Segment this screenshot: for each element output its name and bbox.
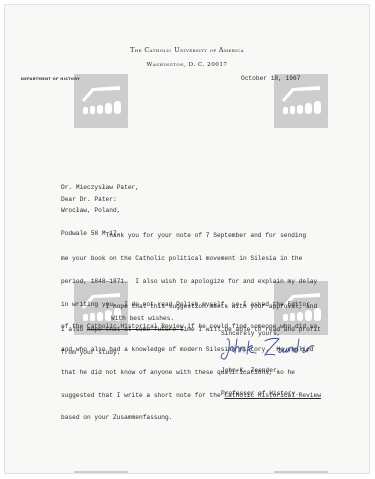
body-line: Thank you for your note of 7 September a… — [61, 232, 321, 240]
signer-title: Professor of History. — [221, 390, 299, 398]
letter-page: The Catholic University of America Washi… — [4, 4, 370, 474]
recipient-city: Wrocław, Poland, — [61, 207, 139, 215]
body-line: I hope that this suggestion meets with y… — [61, 303, 321, 311]
body-line: me your book on the Catholic political m… — [61, 255, 321, 263]
salutation: Dear Dr. Pater: — [61, 196, 117, 204]
letterhead-city: Washington, D. C. 20017 — [5, 62, 369, 68]
letterhead-department: DEPARTMENT OF HISTORY — [21, 77, 80, 81]
recipient-name: Dr. Mieczysław Pater, — [61, 184, 139, 192]
body-text: suggested that I write a short note for … — [61, 392, 224, 399]
body-line: period, 1848-1871. I also wish to apolog… — [61, 278, 321, 286]
closing-wish: With best wishes. — [111, 315, 174, 323]
letterhead-institution: The Catholic University of America — [5, 46, 369, 54]
signer-name: John K. Zeender, — [221, 367, 299, 375]
body-line: based on your Zusammenfassung. — [61, 414, 321, 422]
letter-date: October 18, 1967 — [241, 75, 300, 83]
body-line: I also hope that at some future time I w… — [61, 326, 321, 334]
handwritten-signature — [217, 335, 317, 363]
